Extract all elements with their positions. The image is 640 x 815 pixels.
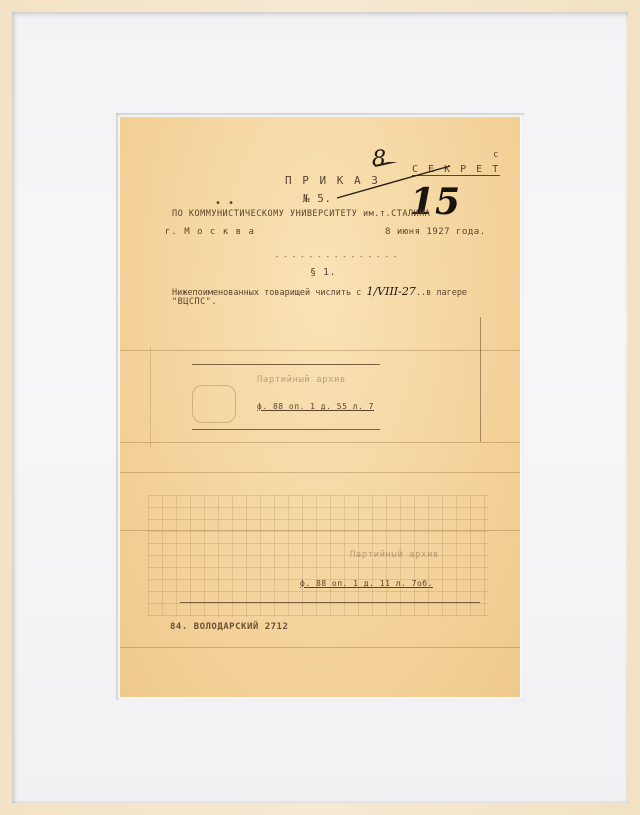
archive-stamp-2-fields: ф. 88 оп. 1 д. 11 л. 7об. [300,579,433,588]
picture-frame: П Р И К А З № 5. С Е К Р Е Т с 8 15 ПО К… [0,0,640,815]
archive-stamp-title: Партийный архив [257,375,346,385]
separator-line: - - - - - - - - - - - - - - - [275,253,397,261]
order-number: № 5. [303,192,332,205]
fold-line [150,347,151,447]
fold-line [120,442,520,443]
fold-line [120,350,520,351]
fold-line [480,317,481,442]
date-line: 8 июня 1927 года. [385,227,486,237]
archive-stamp-fields: ф. 88 оп. 1 д. 55 л. 7 [257,402,374,411]
corner-mark: с [493,150,499,160]
body-text-end: ..в лагере [416,288,467,298]
archival-document: П Р И К А З № 5. С Е К Р Е Т с 8 15 ПО К… [120,117,520,697]
footer-print-line: 84. ВОЛОДАРСКИЙ 2712 [170,622,288,632]
city-line: г. М о с к в а [165,227,255,237]
archive-stamp-1: Партийный архив ф. 88 оп. 1 д. 55 л. 7 [192,364,380,430]
section-heading: § 1. [310,267,336,278]
body-text-line-2: "ВЦСПС". [172,297,217,307]
handwritten-date: 1/VIII-27 [366,285,415,298]
faded-seal [192,385,236,423]
archive-stamp-2-title: Партийный архив [350,550,439,560]
stamp-underline [180,602,480,603]
fold-line [120,472,520,473]
organization-line: ПО КОММУНИСТИЧЕСКОМУ УНИВЕРСИТЕТУ им.т.С… [172,209,430,219]
handwritten-arrow-stroke [335,162,455,202]
dots-mark: • • [215,198,235,209]
fold-line [120,647,520,648]
